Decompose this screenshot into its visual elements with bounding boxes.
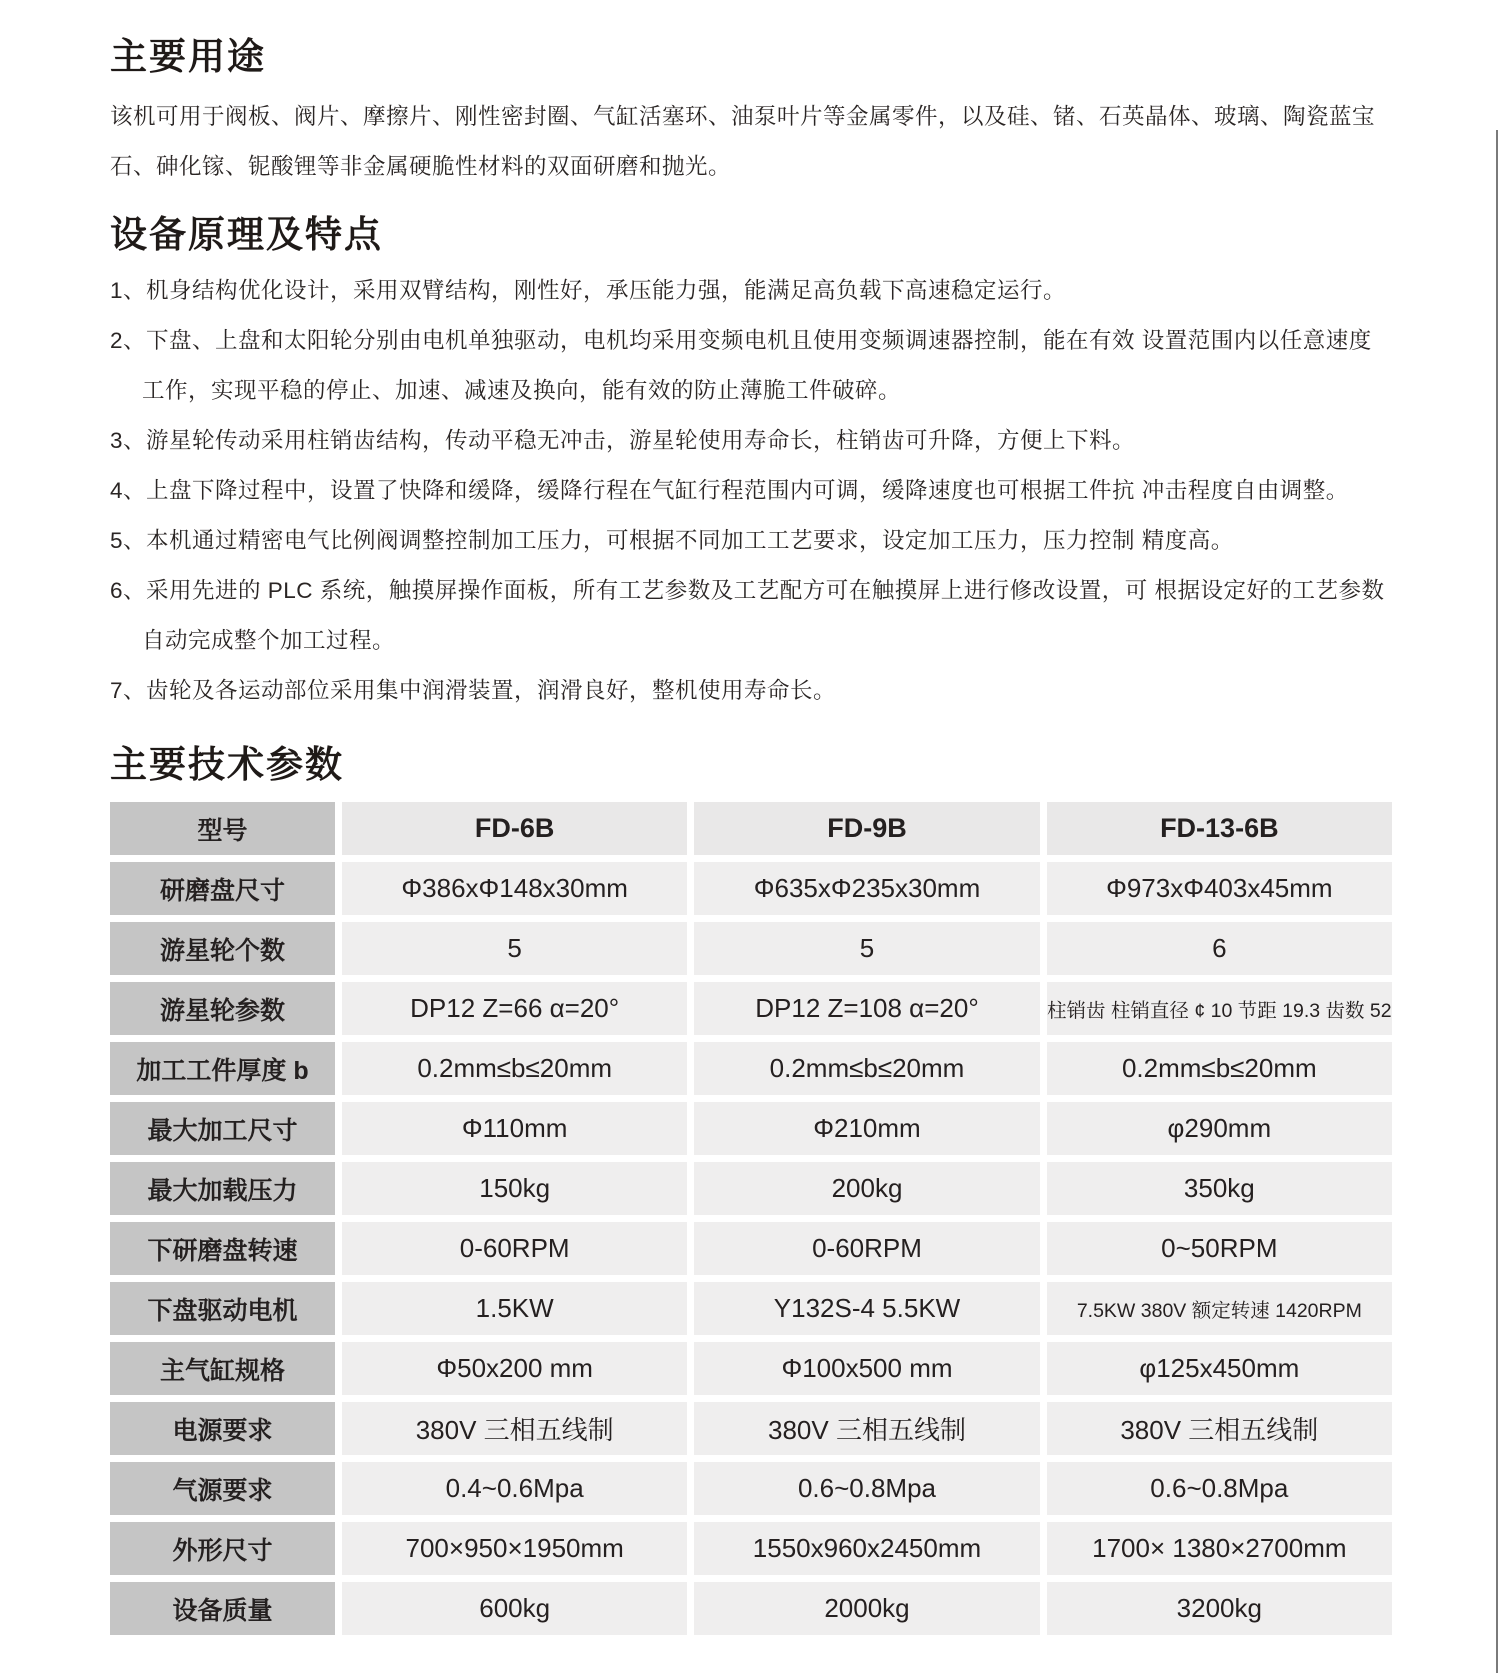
row-value: DP12 Z=66 α=20° — [342, 982, 687, 1035]
row-label: 研磨盘尺寸 — [110, 862, 335, 915]
feature-item: 4、上盘下降过程中，设置了快降和缓降，缓降行程在气缸行程范围内可调，缓降速度也可… — [110, 466, 1392, 516]
row-label: 下盘驱动电机 — [110, 1282, 335, 1335]
usage-paragraph: 该机可用于阀板、阀片、摩擦片、刚性密封圈、气缸活塞环、油泵叶片等金属零件，以及硅… — [110, 92, 1392, 192]
row-label: 气源要求 — [110, 1462, 335, 1515]
row-value: Φ100x500 mm — [694, 1342, 1039, 1395]
feature-item: 6、采用先进的 PLC 系统，触摸屏操作面板，所有工艺参数及工艺配方可在触摸屏上… — [110, 566, 1392, 666]
row-value: 1.5KW — [342, 1282, 687, 1335]
row-value: φ290mm — [1047, 1102, 1392, 1155]
row-value: 200kg — [694, 1162, 1039, 1215]
row-value: 600kg — [342, 1582, 687, 1635]
row-value: 7.5KW 380V 额定转速 1420RPM — [1047, 1282, 1392, 1335]
model-header-label: 型号 — [110, 802, 335, 855]
row-label: 游星轮个数 — [110, 922, 335, 975]
row-value: 0-60RPM — [694, 1222, 1039, 1275]
row-value: Φ50x200 mm — [342, 1342, 687, 1395]
row-value: 0.2mm≤b≤20mm — [694, 1042, 1039, 1095]
feature-item: 3、游星轮传动采用柱销齿结构，传动平稳无冲击，游星轮使用寿命长，柱销齿可升降，方… — [110, 416, 1392, 466]
row-value: 1550x960x2450mm — [694, 1522, 1039, 1575]
feature-item: 2、下盘、上盘和太阳轮分别由电机单独驱动，电机均采用变频电机且使用变频调速器控制… — [110, 316, 1392, 416]
row-value: 150kg — [342, 1162, 687, 1215]
row-value: 380V 三相五线制 — [694, 1402, 1039, 1455]
row-label: 最大加工尺寸 — [110, 1102, 335, 1155]
row-value: 6 — [1047, 922, 1392, 975]
model-name: FD-9B — [694, 802, 1039, 855]
row-value: 0.6~0.8Mpa — [694, 1462, 1039, 1515]
scan-edge-line — [1496, 130, 1498, 1673]
row-value: Φ973xΦ403x45mm — [1047, 862, 1392, 915]
features-heading: 设备原理及特点 — [110, 212, 1392, 258]
feature-list: 1、机身结构优化设计，采用双臂结构，刚性好，承压能力强，能满足高负载下高速稳定运… — [110, 266, 1392, 716]
feature-item: 5、本机通过精密电气比例阀调整控制加工压力，可根据不同加工工艺要求，设定加工压力… — [110, 516, 1392, 566]
row-value: 2000kg — [694, 1582, 1039, 1635]
row-value: Φ210mm — [694, 1102, 1039, 1155]
row-label: 最大加载压力 — [110, 1162, 335, 1215]
row-label: 下研磨盘转速 — [110, 1222, 335, 1275]
row-label: 设备质量 — [110, 1582, 335, 1635]
feature-item: 7、齿轮及各运动部位采用集中润滑装置，润滑良好，整机使用寿命长。 — [110, 666, 1392, 716]
spec-sheet-page: 主要用途 该机可用于阀板、阀片、摩擦片、刚性密封圈、气缸活塞环、油泵叶片等金属零… — [0, 0, 1500, 1673]
row-label: 加工工件厚度 b — [110, 1042, 335, 1095]
row-value: φ125x450mm — [1047, 1342, 1392, 1395]
row-value: 1700× 1380×2700mm — [1047, 1522, 1392, 1575]
row-label: 外形尺寸 — [110, 1522, 335, 1575]
row-value: 柱销齿 柱销直径 ¢ 10 节距 19.3 齿数 52 — [1047, 982, 1392, 1035]
usage-heading: 主要用途 — [110, 34, 1392, 80]
row-value: 0~50RPM — [1047, 1222, 1392, 1275]
row-value: 350kg — [1047, 1162, 1392, 1215]
row-value: Φ386xΦ148x30mm — [342, 862, 687, 915]
specs-heading: 主要技术参数 — [110, 742, 1392, 788]
row-label: 游星轮参数 — [110, 982, 335, 1035]
feature-item: 1、机身结构优化设计，采用双臂结构，刚性好，承压能力强，能满足高负载下高速稳定运… — [110, 266, 1392, 316]
row-value: 5 — [342, 922, 687, 975]
row-value: 0.2mm≤b≤20mm — [1047, 1042, 1392, 1095]
row-value: 3200kg — [1047, 1582, 1392, 1635]
row-value: 5 — [694, 922, 1039, 975]
row-value: 0.2mm≤b≤20mm — [342, 1042, 687, 1095]
row-value: DP12 Z=108 α=20° — [694, 982, 1039, 1035]
row-label: 主气缸规格 — [110, 1342, 335, 1395]
row-value: 0-60RPM — [342, 1222, 687, 1275]
row-value: 0.6~0.8Mpa — [1047, 1462, 1392, 1515]
model-name: FD-13-6B — [1047, 802, 1392, 855]
row-value: Φ110mm — [342, 1102, 687, 1155]
row-value: 0.4~0.6Mpa — [342, 1462, 687, 1515]
row-value: Y132S-4 5.5KW — [694, 1282, 1039, 1335]
row-value: 380V 三相五线制 — [1047, 1402, 1392, 1455]
model-name: FD-6B — [342, 802, 687, 855]
row-value: 700×950×1950mm — [342, 1522, 687, 1575]
row-label: 电源要求 — [110, 1402, 335, 1455]
row-value: Φ635xΦ235x30mm — [694, 862, 1039, 915]
specs-table: 型号 FD-6B FD-9B FD-13-6B 研磨盘尺寸Φ386xΦ148x3… — [110, 802, 1392, 1635]
row-value: 380V 三相五线制 — [342, 1402, 687, 1455]
